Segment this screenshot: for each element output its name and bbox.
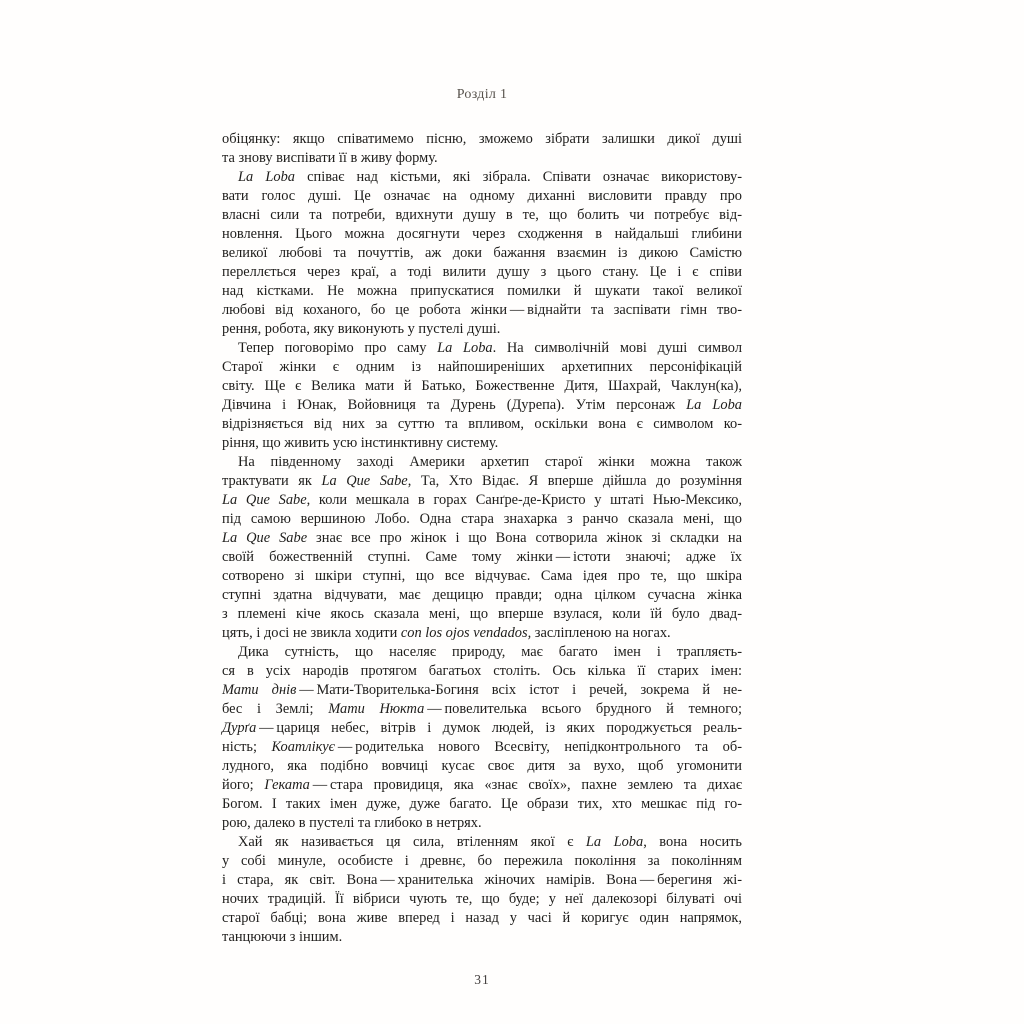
text-run: у собі минуле, особисте і древнє, бо пер… <box>222 853 742 869</box>
text-run: ріння, що живить усю інстинктивну систем… <box>222 435 498 451</box>
paragraph: La Loba співає над кістьми, які зібрала.… <box>222 168 742 339</box>
text-line: світу. Ще є Велика мати й Батько, Божест… <box>222 377 742 396</box>
text-run: з племені кіче якось сказала мені, що вп… <box>222 606 742 622</box>
text-run: — Мати-Творителька-Богиня всіх істот і р… <box>296 682 742 698</box>
text-run: трактувати як <box>222 473 321 489</box>
text-run: . На символічній мові душі символ <box>493 340 742 356</box>
text-line: Дівчина і Юнак, Войовниця та Дурень (Дур… <box>222 396 742 415</box>
text-line: Тепер поговорімо про саму La Loba. На си… <box>222 339 742 358</box>
text-line: новлення. Цього можна досягнути через сх… <box>222 225 742 244</box>
italic-run: La Que Sabe <box>222 530 307 546</box>
paragraph: Дика сутність, що населяє природу, має б… <box>222 643 742 833</box>
text-run: над кістками. Не можна припускатися поми… <box>222 283 742 299</box>
text-run: На південному заході Америки архетип ста… <box>238 454 742 470</box>
paragraph: Тепер поговорімо про саму La Loba. На си… <box>222 339 742 453</box>
text-line: Мати днів — Мати-Творителька-Богиня всіх… <box>222 681 742 700</box>
page-body: обіцянку: якщо співатимемо пісню, зможем… <box>222 130 742 947</box>
text-run: та знову виспівати її в живу форму. <box>222 150 438 166</box>
text-line: цять, і досі не звикла ходити con los oj… <box>222 624 742 643</box>
page-number: 31 <box>222 972 742 988</box>
text-line: рою, далеко в пустелі та глибоко в нетря… <box>222 814 742 833</box>
text-line: трактувати як La Que Sabe, Та, Хто Відає… <box>222 472 742 491</box>
text-line: вати голос душі. Це означає на одному ди… <box>222 187 742 206</box>
text-run: власні сили та потреби, вдихнути душу в … <box>222 207 742 223</box>
text-line: у собі минуле, особисте і древнє, бо пер… <box>222 852 742 871</box>
text-line: його; Геката — стара провидиця, яка «зна… <box>222 776 742 795</box>
text-run: знає все про жінок і що Вона сотворила ж… <box>307 530 742 546</box>
text-run: — цариця небес, вітрів і думок людей, із… <box>256 720 742 736</box>
text-line: сотворено зі шкіри ступні, що все відчув… <box>222 567 742 586</box>
text-line: обіцянку: якщо співатимемо пісню, зможем… <box>222 130 742 149</box>
italic-run: La Loba <box>238 169 295 185</box>
text-line: власні сили та потреби, вдихнути душу в … <box>222 206 742 225</box>
text-line: Дика сутність, що населяє природу, має б… <box>222 643 742 662</box>
text-line: переллється через краї, а тоді вилити ду… <box>222 263 742 282</box>
text-line: Старої жінки є одним із найпоширеніших а… <box>222 358 742 377</box>
text-line: з племені кіче якось сказала мені, що вп… <box>222 605 742 624</box>
text-run: , коли мешкала в горах Санґре-де-Кристо … <box>307 492 742 508</box>
text-run: великої любові та почуттів, аж доки бажа… <box>222 245 742 261</box>
text-run: танцюючи з іншим. <box>222 929 342 945</box>
text-line: ріння, що живить усю інстинктивну систем… <box>222 434 742 453</box>
italic-run: Мати днів <box>222 682 296 698</box>
paragraph: На південному заході Америки архетип ста… <box>222 453 742 643</box>
paragraph: Хай як називається ця сила, втіленням як… <box>222 833 742 947</box>
text-run: лудного, яка подібно вовчиці кусає своє … <box>222 758 742 774</box>
text-line: ність; Коатлікує — родителька нового Все… <box>222 738 742 757</box>
paragraph: обіцянку: якщо співатимемо пісню, зможем… <box>222 130 742 168</box>
italic-run: La Loba <box>437 340 493 356</box>
text-line: лудного, яка подібно вовчиці кусає своє … <box>222 757 742 776</box>
text-run: світу. Ще є Велика мати й Батько, Божест… <box>222 378 742 394</box>
text-line: відрізняється від них за суттю та впливо… <box>222 415 742 434</box>
text-run: , вона носить <box>643 834 742 850</box>
text-line: La Que Sabe знає все про жінок і що Вона… <box>222 529 742 548</box>
italic-run: La Que Sabe <box>321 473 407 489</box>
text-run: рою, далеко в пустелі та глибоко в нетря… <box>222 815 482 831</box>
text-run: своїй божественній ступні. Саме тому жін… <box>222 549 742 565</box>
text-line: La Que Sabe, коли мешкала в горах Санґре… <box>222 491 742 510</box>
italic-run: La Loba <box>586 834 643 850</box>
text-run: вати голос душі. Це означає на одному ди… <box>222 188 742 204</box>
text-run: ся в усіх народів протягом багатьох стол… <box>222 663 742 679</box>
text-line: своїй божественній ступні. Саме тому жін… <box>222 548 742 567</box>
italic-run: Мати Нюкта <box>328 701 424 717</box>
text-line: танцюючи з іншим. <box>222 928 742 947</box>
text-line: Дурґа — цариця небес, вітрів і думок люд… <box>222 719 742 738</box>
text-run: новлення. Цього можна досягнути через сх… <box>222 226 742 242</box>
text-line: рення, робота, яку виконують у пустелі д… <box>222 320 742 339</box>
text-run: Дика сутність, що населяє природу, має б… <box>238 644 742 660</box>
text-run: обіцянку: якщо співатимемо пісню, зможем… <box>222 131 742 147</box>
italic-run: Коатлікує <box>272 739 335 755</box>
text-run: — повелителька всього брудного й темного… <box>424 701 742 717</box>
text-line: Хай як називається ця сила, втіленням як… <box>222 833 742 852</box>
text-line: любові від коханого, бо це робота жінки … <box>222 301 742 320</box>
text-run: , Та, Хто Відає. Я вперше дійшла до розу… <box>408 473 742 489</box>
text-run: Хай як називається ця сила, втіленням як… <box>238 834 586 850</box>
text-run: Дівчина і Юнак, Войовниця та Дурень (Дур… <box>222 397 686 413</box>
italic-run: La Loba <box>686 397 742 413</box>
text-run: співає над кістьми, які зібрала. Співати… <box>295 169 742 185</box>
italic-run: La Que Sabe <box>222 492 307 508</box>
text-run: рення, робота, яку виконують у пустелі д… <box>222 321 500 337</box>
text-run: відрізняється від них за суттю та впливо… <box>222 416 742 432</box>
text-run: переллється через краї, а тоді вилити ду… <box>222 264 742 280</box>
text-line: ступні здатна відчувати, має дещицю прав… <box>222 586 742 605</box>
text-line: Богом. І таких імен дуже, дуже багато. Ц… <box>222 795 742 814</box>
text-line: під самою вершиною Лобо. Одна стара знах… <box>222 510 742 529</box>
text-run: — стара провидиця, яка «знає своїх», пах… <box>310 777 742 793</box>
text-line: La Loba співає над кістьми, які зібрала.… <box>222 168 742 187</box>
text-run: бес і Землі; <box>222 701 328 717</box>
italic-run: Дурґа <box>222 720 256 736</box>
text-line: бес і Землі; Мати Нюкта — повелителька в… <box>222 700 742 719</box>
text-run: під самою вершиною Лобо. Одна стара знах… <box>222 511 742 527</box>
text-line: ночих традицій. Її вібриси чують те, що … <box>222 890 742 909</box>
text-run: і стара, як світ. Вона — хранителька жін… <box>222 872 742 888</box>
text-line: великої любові та почуттів, аж доки бажа… <box>222 244 742 263</box>
text-line: На південному заході Америки архетип ста… <box>222 453 742 472</box>
text-line: і стара, як світ. Вона — хранителька жін… <box>222 871 742 890</box>
text-run: ступні здатна відчувати, має дещицю прав… <box>222 587 742 603</box>
text-run: його; <box>222 777 264 793</box>
text-run: цять, і досі не звикла ходити <box>222 625 401 641</box>
text-run: Старої жінки є одним із найпоширеніших а… <box>222 359 742 375</box>
text-line: старої бабці; вона живе вперед і назад у… <box>222 909 742 928</box>
text-run: старої бабці; вона живе вперед і назад у… <box>222 910 742 926</box>
book-page: Розділ 1 обіцянку: якщо співатимемо пісн… <box>0 0 1024 1024</box>
text-run: любові від коханого, бо це робота жінки … <box>222 302 742 318</box>
text-run: ночих традицій. Її вібриси чують те, що … <box>222 891 742 907</box>
italic-run: con los ojos vendados, <box>401 625 531 641</box>
chapter-header: Розділ 1 <box>222 87 742 103</box>
text-line: над кістками. Не можна припускатися поми… <box>222 282 742 301</box>
text-line: ся в усіх народів протягом багатьох стол… <box>222 662 742 681</box>
text-run: сотворено зі шкіри ступні, що все відчув… <box>222 568 742 584</box>
italic-run: Геката <box>264 777 309 793</box>
text-run: ність; <box>222 739 272 755</box>
text-run: — родителька нового Всесвіту, непідконтр… <box>335 739 742 755</box>
text-run: Богом. І таких імен дуже, дуже багато. Ц… <box>222 796 742 812</box>
text-run: засліпленою на ногах. <box>531 625 670 641</box>
text-run: Тепер поговорімо про саму <box>238 340 437 356</box>
text-line: та знову виспівати її в живу форму. <box>222 149 742 168</box>
